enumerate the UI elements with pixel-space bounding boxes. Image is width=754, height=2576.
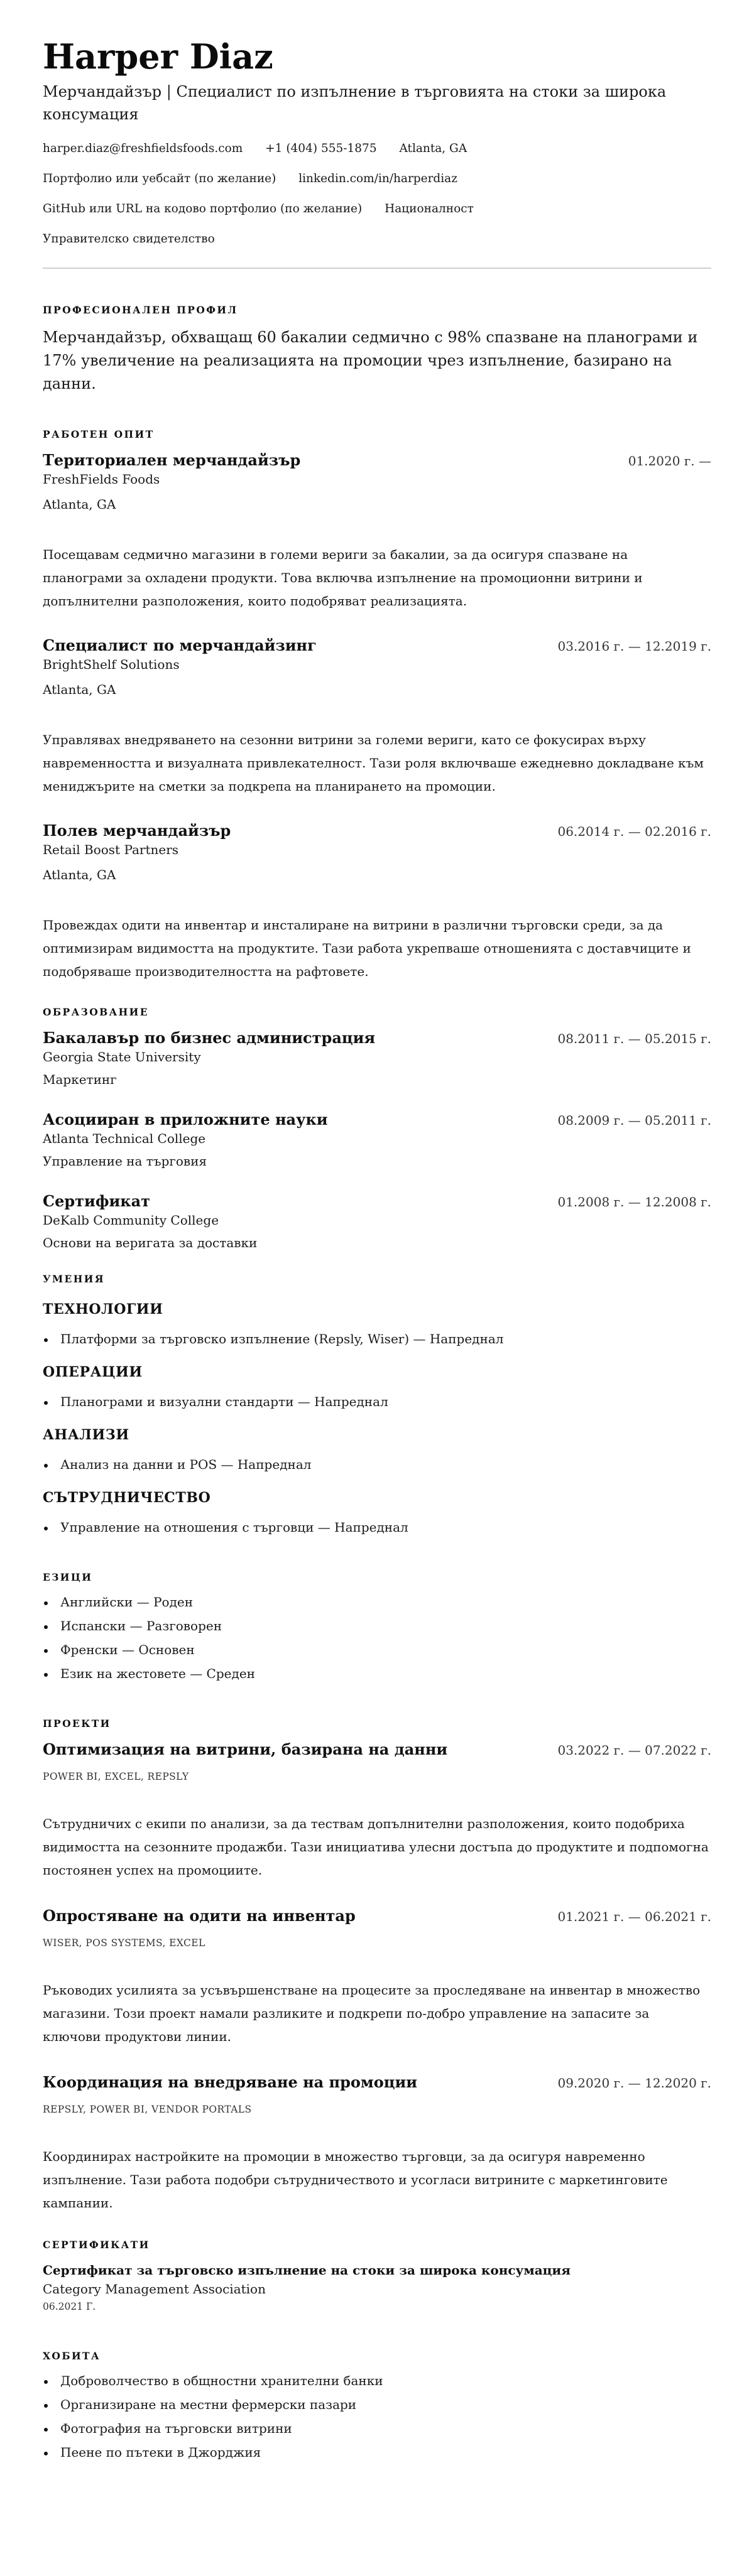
section-title: Образование [43, 1006, 711, 1018]
education-section: Образование Бакалавър по бизнес админист… [43, 1006, 711, 1252]
experience-entry: Териториален мерчандайзър01.2020 г. —Fre… [43, 450, 711, 613]
section-title: Сертификати [43, 2239, 711, 2251]
languages-section: Езици Английски — РоденИспански — Разгов… [43, 1571, 711, 1682]
company-name: BrightShelf Solutions [43, 656, 711, 673]
project-name: Координация на внедряване на промоции [43, 2072, 417, 2092]
entry-header: Координация на внедряване на промоции09.… [43, 2072, 711, 2092]
project-dates: 09.2020 г. — 12.2020 г. [557, 2075, 711, 2091]
linkedin-link[interactable]: linkedin.com/in/harperdiaz [298, 172, 457, 185]
experience-entry: Полев мерчандайзър06.2014 г. — 02.2016 г… [43, 821, 711, 983]
education-dates: 08.2009 г. — 05.2011 г. [557, 1113, 711, 1128]
skill-category-title: Операции [43, 1364, 711, 1380]
skills-list: ТехнологииПлатформи за търговско изпълне… [43, 1301, 711, 1536]
hobbies-list: Доброволчество в общностни хранителни ба… [43, 2372, 711, 2461]
project-tech-tags: Repsly, Power BI, Vendor Portals [43, 2104, 711, 2115]
skill-category-title: Анализи [43, 1427, 711, 1443]
contact-line: Управителско свидетелство [43, 232, 711, 246]
project-dates: 03.2022 г. — 07.2022 г. [557, 1743, 711, 1758]
education-dates: 08.2011 г. — 05.2015 г. [557, 1031, 711, 1046]
summary-section: Професионален профил Мерчандайзър, обхва… [43, 304, 711, 396]
job-description: Провеждах одити на инвентар и инсталиран… [43, 914, 711, 983]
resume-page: Harper Diaz Мерчандайзър | Специалист по… [0, 0, 754, 2511]
job-location: Atlanta, GA [43, 681, 711, 698]
section-title: Проекти [43, 1718, 711, 1729]
contact-line: harper.diaz@freshfieldsfoods.com +1 (404… [43, 142, 711, 156]
job-title: Териториален мерчандайзър [43, 450, 300, 470]
skill-item: Планограми и визуални стандарти — Напред… [43, 1393, 711, 1410]
job-description: Посещавам седмично магазини в големи вер… [43, 543, 711, 613]
language-item: Английски — Роден [43, 1593, 711, 1611]
project-description: Координирах настройките на промоции в мн… [43, 2145, 711, 2215]
project-description: Ръководих усилията за усъвършенстване на… [43, 1979, 711, 2048]
portfolio-link[interactable]: Портфолио или уебсайт (по желание) [43, 172, 276, 185]
github-link[interactable]: GitHub или URL на кодово портфолио (по ж… [43, 202, 362, 215]
certification-date: 06.2021 г. [43, 2298, 711, 2315]
contact-info: harper.diaz@freshfieldsfoods.com +1 (404… [43, 142, 711, 246]
school-name: DeKalb Community College [43, 1211, 711, 1229]
section-title: Хобита [43, 2350, 711, 2362]
entry-header: Оптимизация на витрини, базирана на данн… [43, 1740, 711, 1760]
degree-title: Асоцииран в приложните науки [43, 1110, 328, 1130]
hobby-item: Организиране на местни фермерски пазари [43, 2396, 711, 2413]
certification-entry: Сертификат за търговско изпълнение на ст… [43, 2261, 711, 2315]
summary-text: Мерчандайзър, обхващащ 60 бакалии седмич… [43, 326, 711, 396]
job-location: Atlanta, GA [43, 495, 711, 513]
project-dates: 01.2021 г. — 06.2021 г. [557, 1909, 711, 1924]
drivers-license: Управителско свидетелство [43, 232, 215, 246]
section-title: Езици [43, 1571, 711, 1583]
company-name: FreshFields Foods [43, 470, 711, 488]
certification-name: Сертификат за търговско изпълнение на ст… [43, 2261, 711, 2280]
section-title: Работен опит [43, 428, 711, 440]
job-dates: 01.2020 г. — [628, 453, 711, 468]
education-entry: Сертификат01.2008 г. — 12.2008 г.DeKalb … [43, 1191, 711, 1252]
skill-category-title: Технологии [43, 1301, 711, 1318]
location: Atlanta, GA [399, 142, 467, 155]
section-title: Умения [43, 1273, 711, 1285]
field-of-study: Управление на търговия [43, 1152, 711, 1170]
experience-entry: Специалист по мерчандайзинг03.2016 г. — … [43, 636, 711, 798]
candidate-name: Harper Diaz [43, 36, 711, 77]
certifications-section: Сертификати Сертификат за търговско изпъ… [43, 2239, 711, 2315]
education-entry: Асоцииран в приложните науки08.2009 г. —… [43, 1110, 711, 1170]
project-name: Опростяване на одити на инвентар [43, 1906, 356, 1926]
project-entry: Опростяване на одити на инвентар01.2021 … [43, 1906, 711, 2048]
skill-category-title: Сътрудничество [43, 1490, 711, 1506]
entry-header: Опростяване на одити на инвентар01.2021 … [43, 1906, 711, 1926]
project-entry: Координация на внедряване на промоции09.… [43, 2072, 711, 2215]
certification-issuer: Category Management Association [43, 2280, 711, 2298]
skill-item: Платформи за търговско изпълнение (Repsl… [43, 1330, 711, 1348]
candidate-headline: Мерчандайзър | Специалист по изпълнение … [43, 80, 711, 126]
entry-header: Бакалавър по бизнес администрация08.2011… [43, 1028, 711, 1048]
experience-section: Работен опит Териториален мерчандайзър01… [43, 428, 711, 983]
hobby-item: Доброволчество в общностни хранителни ба… [43, 2372, 711, 2389]
skills-section: Умения ТехнологииПлатформи за търговско … [43, 1273, 711, 1536]
hobby-item: Пеене по пътеки в Джорджия [43, 2443, 711, 2461]
job-dates: 06.2014 г. — 02.2016 г. [557, 824, 711, 839]
entry-header: Териториален мерчандайзър01.2020 г. — [43, 450, 711, 470]
language-item: Език на жестовете — Среден [43, 1665, 711, 1682]
skill-list: Анализ на данни и POS — Напреднал [43, 1456, 711, 1473]
certifications-list: Сертификат за търговско изпълнение на ст… [43, 2261, 711, 2315]
skill-item: Управление на отношения с търговци — Нап… [43, 1518, 711, 1536]
email-link[interactable]: harper.diaz@freshfieldsfoods.com [43, 142, 243, 155]
project-tech-tags: Wiser, POS Systems, Excel [43, 1937, 711, 1949]
school-name: Atlanta Technical College [43, 1130, 711, 1147]
phone-number[interactable]: +1 (404) 555-1875 [265, 142, 376, 155]
projects-list: Оптимизация на витрини, базирана на данн… [43, 1740, 711, 2215]
resume-header: Harper Diaz Мерчандайзър | Специалист по… [43, 36, 711, 246]
hobby-item: Фотография на търговски витрини [43, 2420, 711, 2437]
contact-line: GitHub или URL на кодово портфолио (по ж… [43, 202, 711, 216]
project-entry: Оптимизация на витрини, базирана на данн… [43, 1740, 711, 1882]
entry-header: Полев мерчандайзър06.2014 г. — 02.2016 г… [43, 821, 711, 841]
languages-list: Английски — РоденИспански — РазговоренФр… [43, 1593, 711, 1682]
job-description: Управлявах внедряването на сезонни витри… [43, 728, 711, 798]
entry-header: Сертификат01.2008 г. — 12.2008 г. [43, 1191, 711, 1211]
entry-header: Асоцииран в приложните науки08.2009 г. —… [43, 1110, 711, 1130]
project-name: Оптимизация на витрини, базирана на данн… [43, 1740, 447, 1760]
job-title: Специалист по мерчандайзинг [43, 636, 317, 656]
school-name: Georgia State University [43, 1048, 711, 1066]
hobbies-section: Хобита Доброволчество в общностни хранит… [43, 2350, 711, 2461]
job-location: Atlanta, GA [43, 866, 711, 884]
projects-section: Проекти Оптимизация на витрини, базирана… [43, 1718, 711, 2215]
education-entry: Бакалавър по бизнес администрация08.2011… [43, 1028, 711, 1088]
degree-title: Сертификат [43, 1191, 150, 1211]
language-item: Френски — Основен [43, 1641, 711, 1659]
education-list: Бакалавър по бизнес администрация08.2011… [43, 1028, 711, 1252]
skill-list: Планограми и визуални стандарти — Напред… [43, 1393, 711, 1410]
field-of-study: Маркетинг [43, 1071, 711, 1088]
skill-list: Управление на отношения с търговци — Нап… [43, 1518, 711, 1536]
contact-line: Портфолио или уебсайт (по желание) linke… [43, 172, 711, 186]
field-of-study: Основи на веригата за доставки [43, 1234, 711, 1252]
education-dates: 01.2008 г. — 12.2008 г. [557, 1194, 711, 1210]
nationality: Националност [385, 202, 474, 215]
job-dates: 03.2016 г. — 12.2019 г. [557, 639, 711, 654]
job-title: Полев мерчандайзър [43, 821, 231, 841]
project-tech-tags: Power BI, Excel, Repsly [43, 1771, 711, 1782]
language-item: Испански — Разговорен [43, 1617, 711, 1635]
skill-item: Анализ на данни и POS — Напреднал [43, 1456, 711, 1473]
degree-title: Бакалавър по бизнес администрация [43, 1028, 375, 1048]
company-name: Retail Boost Partners [43, 841, 711, 858]
header-divider [43, 268, 711, 269]
project-description: Сътрудничих с екипи по анализи, за да те… [43, 1812, 711, 1882]
experience-list: Териториален мерчандайзър01.2020 г. —Fre… [43, 450, 711, 983]
skill-list: Платформи за търговско изпълнение (Repsl… [43, 1330, 711, 1348]
section-title: Професионален профил [43, 304, 711, 316]
entry-header: Специалист по мерчандайзинг03.2016 г. — … [43, 636, 711, 656]
